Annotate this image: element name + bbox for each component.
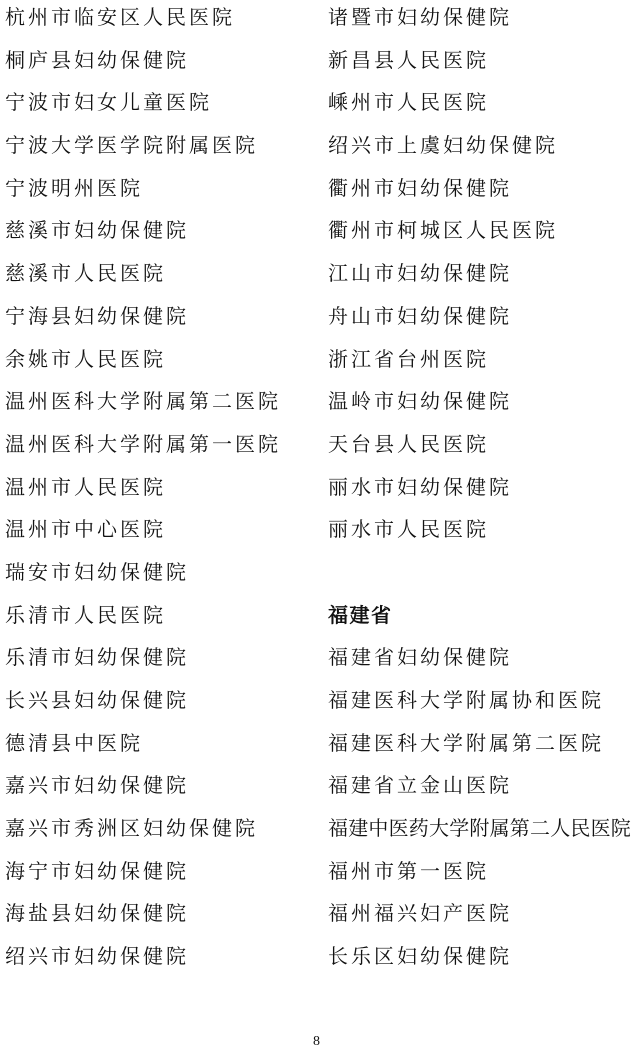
blank-row bbox=[328, 561, 633, 604]
hospital-name: 福建省立金山医院 bbox=[328, 774, 633, 817]
hospital-name: 温州市中心医院 bbox=[5, 518, 328, 561]
hospital-name: 杭州市临安区人民医院 bbox=[5, 6, 328, 49]
hospital-name: 温州市人民医院 bbox=[5, 476, 328, 519]
hospital-name: 宁波明州医院 bbox=[5, 177, 328, 220]
hospital-name: 余姚市人民医院 bbox=[5, 348, 328, 391]
hospital-name: 福建医科大学附属协和医院 bbox=[328, 689, 633, 732]
hospital-name: 宁海县妇幼保健院 bbox=[5, 305, 328, 348]
hospital-name: 丽水市妇幼保健院 bbox=[328, 476, 633, 519]
document-page: 杭州市临安区人民医院桐庐县妇幼保健院宁波市妇女儿童医院宁波大学医学院附属医院宁波… bbox=[0, 0, 633, 1056]
hospital-name: 福建医科大学附属第二医院 bbox=[328, 732, 633, 775]
hospital-name: 海宁市妇幼保健院 bbox=[5, 860, 328, 903]
hospital-name: 宁波大学医学院附属医院 bbox=[5, 134, 328, 177]
hospital-name: 海盐县妇幼保健院 bbox=[5, 902, 328, 945]
hospital-name: 瑞安市妇幼保健院 bbox=[5, 561, 328, 604]
hospital-name: 德清县中医院 bbox=[5, 732, 328, 775]
hospital-name: 衢州市妇幼保健院 bbox=[328, 177, 633, 220]
hospital-name: 桐庐县妇幼保健院 bbox=[5, 49, 328, 92]
hospital-name: 长兴县妇幼保健院 bbox=[5, 689, 328, 732]
hospital-name: 新昌县人民医院 bbox=[328, 49, 633, 92]
province-section-header: 福建省 bbox=[328, 604, 633, 647]
hospital-name: 慈溪市妇幼保健院 bbox=[5, 219, 328, 262]
hospital-name: 福建省妇幼保健院 bbox=[328, 646, 633, 689]
hospital-name: 乐清市妇幼保健院 bbox=[5, 646, 328, 689]
hospital-name: 温岭市妇幼保健院 bbox=[328, 390, 633, 433]
hospital-name: 绍兴市妇幼保健院 bbox=[5, 945, 328, 988]
hospital-name: 浙江省台州医院 bbox=[328, 348, 633, 391]
hospital-name: 长乐区妇幼保健院 bbox=[328, 945, 633, 988]
hospital-name: 诸暨市妇幼保健院 bbox=[328, 6, 633, 49]
hospital-list-left-column: 杭州市临安区人民医院桐庐县妇幼保健院宁波市妇女儿童医院宁波大学医学院附属医院宁波… bbox=[5, 6, 328, 988]
hospital-name: 衢州市柯城区人民医院 bbox=[328, 219, 633, 262]
hospital-name: 福建中医药大学附属第二人民医院 bbox=[328, 817, 633, 860]
hospital-name: 嵊州市人民医院 bbox=[328, 91, 633, 134]
hospital-list-right-column: 诸暨市妇幼保健院新昌县人民医院嵊州市人民医院绍兴市上虞妇幼保健院衢州市妇幼保健院… bbox=[328, 6, 633, 988]
hospital-name: 温州医科大学附属第一医院 bbox=[5, 433, 328, 476]
hospital-list: 杭州市临安区人民医院桐庐县妇幼保健院宁波市妇女儿童医院宁波大学医学院附属医院宁波… bbox=[5, 6, 633, 988]
hospital-name: 乐清市人民医院 bbox=[5, 604, 328, 647]
hospital-name: 宁波市妇女儿童医院 bbox=[5, 91, 328, 134]
hospital-name: 福州市第一医院 bbox=[328, 860, 633, 903]
hospital-name: 丽水市人民医院 bbox=[328, 518, 633, 561]
hospital-name: 慈溪市人民医院 bbox=[5, 262, 328, 305]
hospital-name: 绍兴市上虞妇幼保健院 bbox=[328, 134, 633, 177]
hospital-name: 温州医科大学附属第二医院 bbox=[5, 390, 328, 433]
hospital-name: 嘉兴市秀洲区妇幼保健院 bbox=[5, 817, 328, 860]
hospital-name: 嘉兴市妇幼保健院 bbox=[5, 774, 328, 817]
page-number: 8 bbox=[0, 1034, 633, 1050]
hospital-name: 舟山市妇幼保健院 bbox=[328, 305, 633, 348]
hospital-name: 福州福兴妇产医院 bbox=[328, 902, 633, 945]
hospital-name: 天台县人民医院 bbox=[328, 433, 633, 476]
hospital-name: 江山市妇幼保健院 bbox=[328, 262, 633, 305]
